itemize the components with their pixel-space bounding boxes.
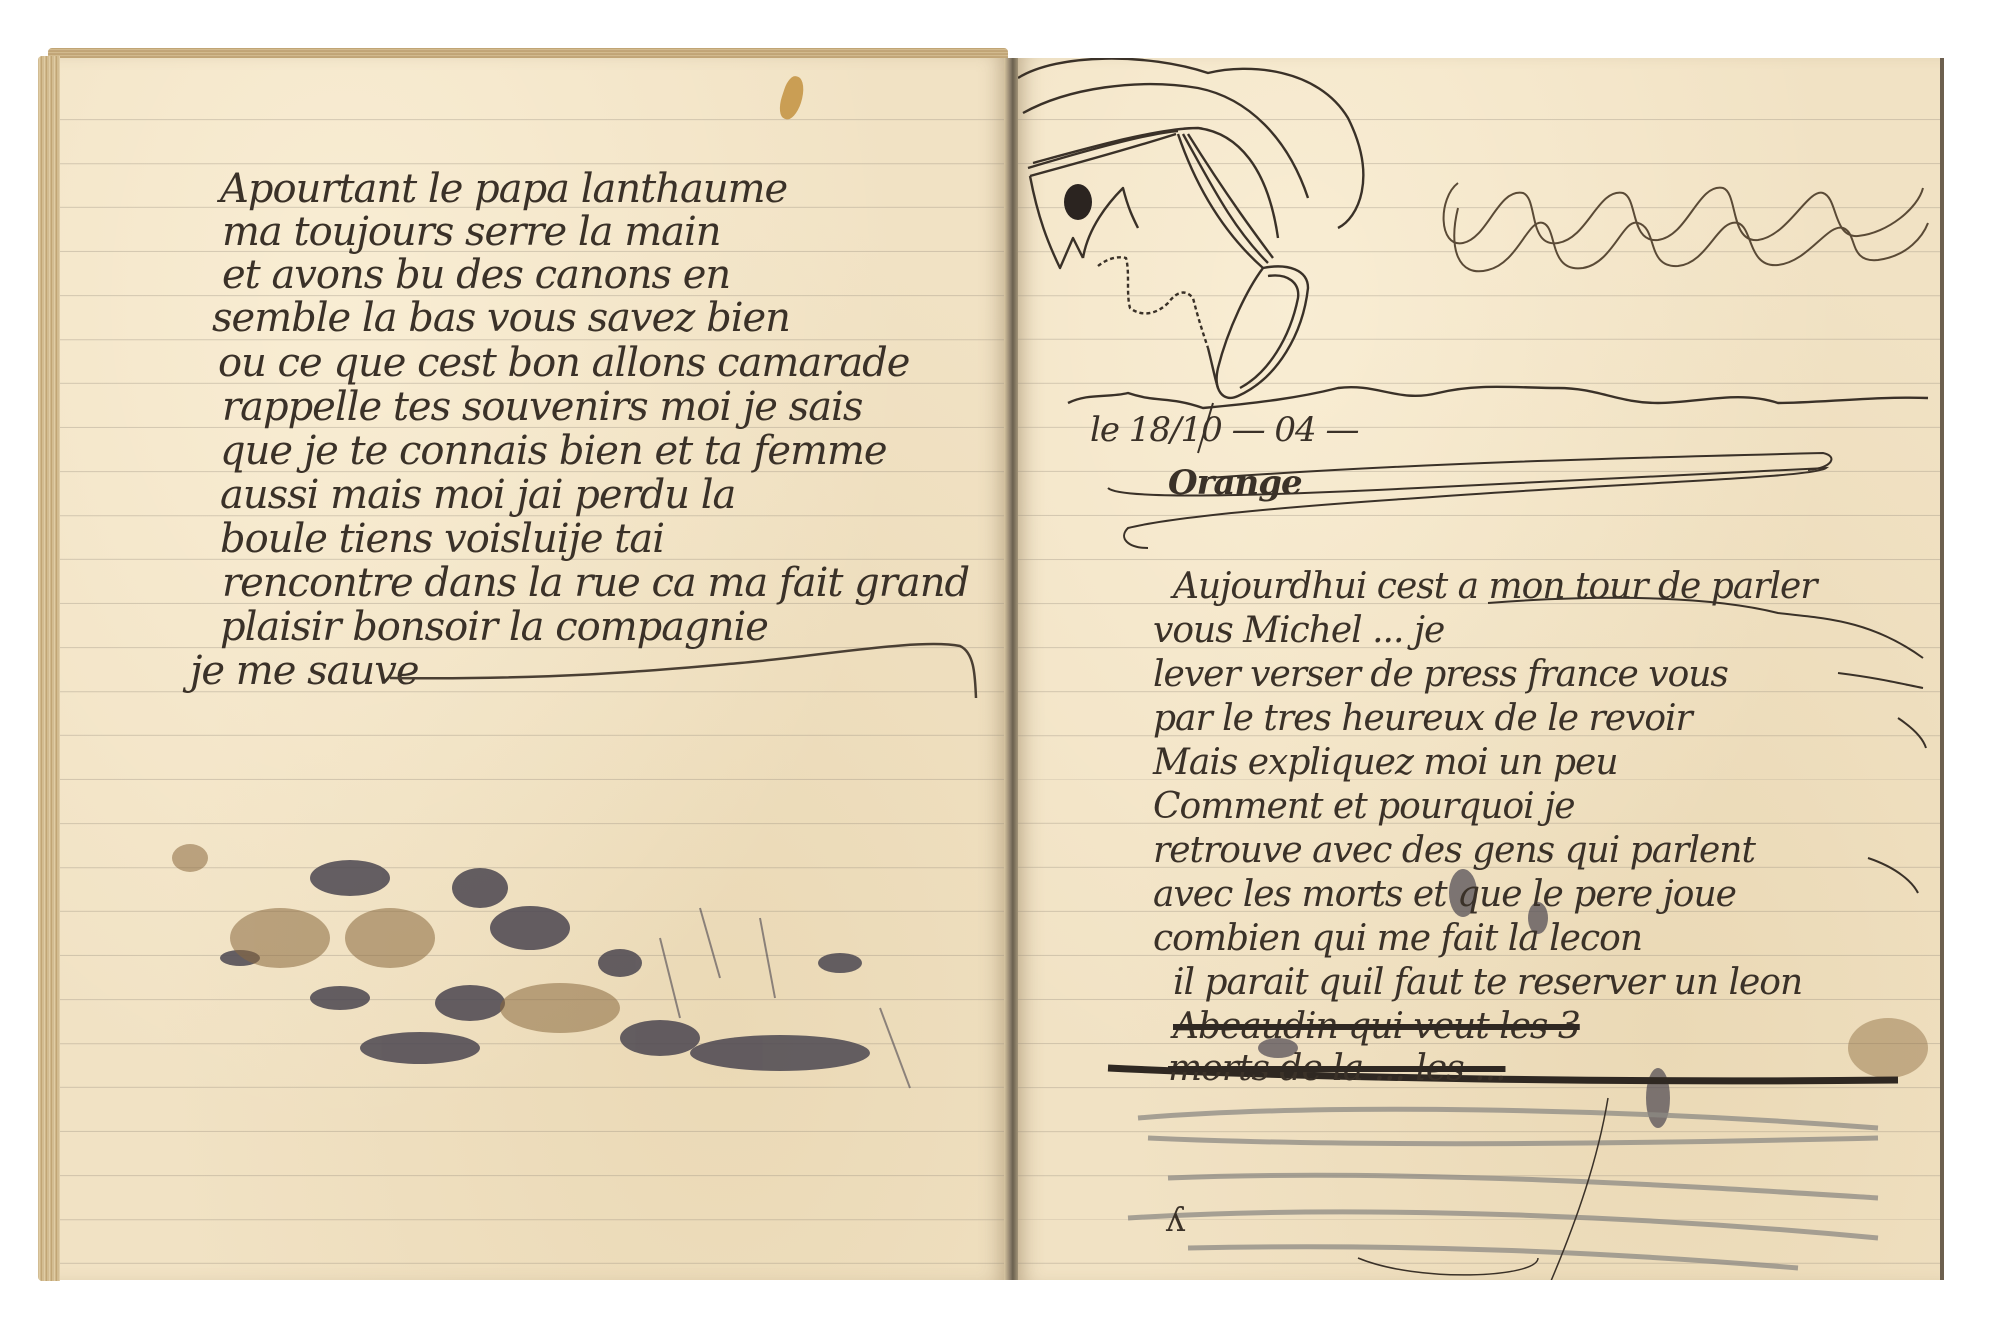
- handwritten-line: rencontre dans la rue ca ma fait grand: [222, 560, 969, 606]
- handwritten-line: boule tiens voisluije tai: [220, 516, 664, 562]
- handwritten-line: Aujourdhui cest a mon tour de parler: [1173, 566, 1817, 607]
- struck-line: Abeaudin qui veut les 3: [1173, 1006, 1580, 1047]
- right-page: le 18/10 — 04 — Orange Aujourdhui cest a…: [1018, 58, 1944, 1280]
- wave-ribbon-drawing: [1444, 183, 1928, 271]
- notebook-spread: Apourtant le papa lanthaume ma toujours …: [38, 48, 1943, 1284]
- separator-line: [1068, 387, 1928, 408]
- handwritten-line: Apourtant le papa lanthaume: [220, 166, 787, 212]
- handwritten-line: combien qui me fait la lecon: [1153, 918, 1642, 959]
- handwritten-line: semble la bas vous savez bien: [212, 295, 790, 341]
- handwritten-line: vous Michel ... je: [1153, 610, 1444, 651]
- pencil-scribbles: [1128, 1109, 1878, 1268]
- entry-place: Orange: [1168, 463, 1302, 503]
- struck-line: morts de la ... les ...: [1168, 1048, 1505, 1089]
- handwritten-line: ou ce que cest bon allons camarade: [218, 340, 909, 386]
- left-page: Apourtant le papa lanthaume ma toujours …: [60, 58, 1008, 1280]
- footer-mark: ʎ: [1166, 1200, 1184, 1240]
- handwritten-line: aussi mais moi jai perdu la: [220, 472, 735, 518]
- handwritten-line: retrouve avec des gens qui parlent: [1153, 830, 1755, 871]
- handwritten-line: je me sauve: [190, 648, 419, 694]
- rust-stain: [776, 74, 809, 122]
- handwritten-line: Mais expliquez moi un peu: [1153, 742, 1618, 783]
- entry-date: le 18/10 — 04 —: [1090, 410, 1358, 450]
- ink-smudge: [220, 860, 870, 1071]
- handwritten-line: ma toujours serre la main: [222, 209, 721, 255]
- handwritten-line: rappelle tes souvenirs moi je sais: [222, 384, 862, 430]
- handwritten-line: il parait quil faut te reserver un leon: [1173, 962, 1802, 1003]
- handwritten-line: plaisir bonsoir la compagnie: [220, 604, 768, 650]
- handwritten-line: avec les morts et que le pere joue: [1153, 874, 1736, 915]
- handwritten-line: que je te connais bien et ta femme: [220, 428, 887, 474]
- handwritten-line: par le tres heureux de le revoir: [1153, 698, 1692, 739]
- page-stack-left-edge: [38, 56, 60, 1281]
- handwritten-line: lever verser de press france vous: [1153, 654, 1728, 695]
- handwritten-line: Comment et pourquoi je: [1153, 786, 1575, 827]
- eye-icon: [1064, 184, 1092, 220]
- handwritten-line: et avons bu des canons en: [222, 252, 730, 298]
